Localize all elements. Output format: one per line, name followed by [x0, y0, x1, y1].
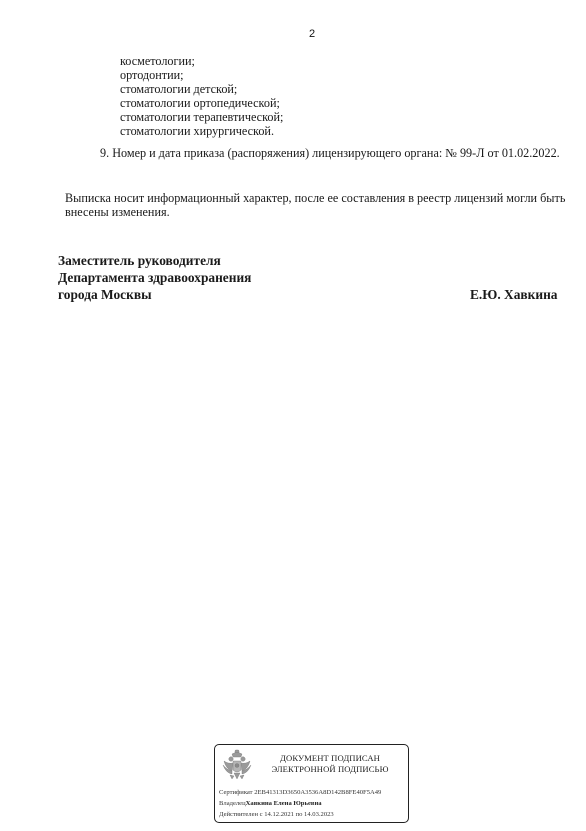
certificate-label: Сертификат: [219, 789, 253, 796]
validity-row: Действителен с 14.12.2021 по 14.03.2023: [219, 809, 381, 820]
list-item: стоматологии детской;: [120, 83, 283, 97]
disclaimer-line: Выписка носит информационный характер, п…: [65, 191, 565, 205]
coat-of-arms-icon: [222, 749, 252, 781]
list-item: ортодонтии;: [120, 69, 283, 83]
certificate-row: Сертификат 2EB41313D3650A3536A8D142B8FE4…: [219, 787, 381, 798]
stamp-title: ДОКУМЕНТ ПОДПИСАН ЭЛЕКТРОННОЙ ПОДПИСЬЮ: [255, 753, 405, 775]
signer-name: Е.Ю. Хавкина: [470, 286, 558, 303]
order-number-item: 9. Номер и дата приказа (распоряжения) л…: [100, 146, 560, 160]
signer-position-line: Департамента здравоохранения: [58, 269, 251, 286]
disclaimer-note: Выписка носит информационный характер, п…: [65, 191, 565, 219]
list-item: стоматологии хирургической.: [120, 125, 283, 139]
page-number: 2: [309, 28, 315, 40]
signer-position-line: города Москвы: [58, 286, 251, 303]
certificate-value: 2EB41313D3650A3536A8D142B8FE40F5A49: [254, 789, 381, 796]
list-item: стоматологии терапевтической;: [120, 111, 283, 125]
owner-label: Владелец: [219, 800, 246, 807]
stamp-title-line: ЭЛЕКТРОННОЙ ПОДПИСЬЮ: [255, 764, 405, 775]
specialties-list: косметологии; ортодонтии; стоматологии д…: [120, 55, 283, 138]
signer-position-line: Заместитель руководителя: [58, 252, 251, 269]
owner-value: Хавкина Елена Юрьевна: [246, 800, 322, 807]
disclaimer-line: внесены изменения.: [65, 205, 565, 219]
e-signature-stamp: ДОКУМЕНТ ПОДПИСАН ЭЛЕКТРОННОЙ ПОДПИСЬЮ С…: [214, 744, 409, 823]
list-item: косметологии;: [120, 55, 283, 69]
stamp-details: Сертификат 2EB41313D3650A3536A8D142B8FE4…: [219, 787, 381, 821]
stamp-title-line: ДОКУМЕНТ ПОДПИСАН: [255, 753, 405, 764]
list-item: стоматологии ортопедической;: [120, 97, 283, 111]
owner-row: ВладелецХавкина Елена Юрьевна: [219, 798, 381, 809]
signer-position: Заместитель руководителя Департамента зд…: [58, 252, 251, 303]
